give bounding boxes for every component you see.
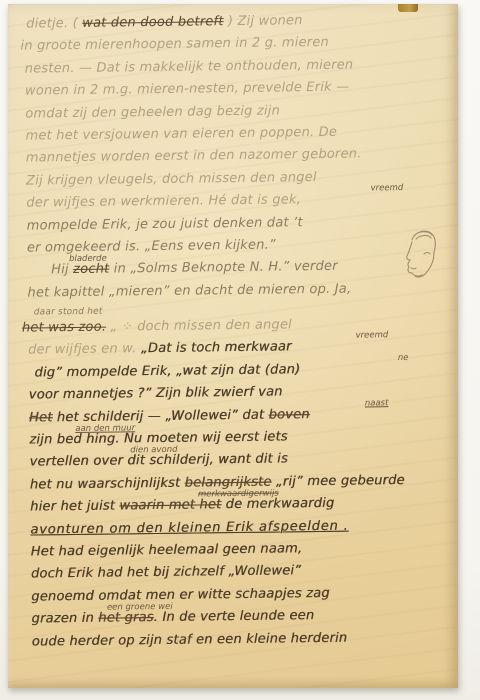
line-text: in „Solms Beknopte N. H.” verder — [109, 259, 338, 277]
manuscript-page: dietje. ( wat den dood betreft ) Zij won… — [8, 4, 458, 688]
interline-insertion: ne — [398, 353, 409, 363]
interline-insertion: bladerde — [69, 254, 107, 264]
line-text: het schilderij — „Wollewei” dat — [52, 407, 268, 425]
line-text: genoemd omdat men er witte schaapjes zag — [31, 586, 330, 605]
line-text: . In de verte leunde een — [154, 608, 315, 625]
struck-text: het was zoo. — [22, 320, 106, 336]
line-text: doch Erik had het bij zichzelf „Wollewei… — [31, 564, 301, 582]
line-text: ) Zij wonen — [223, 13, 302, 29]
line-text: met het versjouwen van eieren en poppen.… — [25, 125, 337, 144]
interline-insertion: merkwaardigerwijs — [198, 489, 279, 500]
handwriting-lines: dietje. ( wat den dood betreft ) Zij won… — [24, 11, 452, 656]
line-text: hier het juist — [30, 499, 119, 515]
struck-text: wat den dood betreft — [82, 14, 224, 31]
line-text: Zij krijgen vleugels, doch missen den an… — [26, 170, 317, 189]
line-text: „Dat is toch merkwaar — [141, 340, 292, 357]
struck-text: waarin met het — [119, 497, 221, 513]
faint-lead-text: der wijfjes en w. — [28, 342, 141, 358]
line-text: Het had eigenlijk heelemaal geen naam, — [31, 541, 303, 559]
line-text: er omgekeerd is. „Eens even kijken.” — [27, 237, 276, 255]
line-text: het nu waarschijnlijkst — [30, 475, 185, 492]
line-text: voor mannetjes ?” Zijn blik zwierf van — [29, 385, 283, 403]
tape-remnant — [398, 4, 418, 12]
interline-insertion: een groene wei — [107, 602, 173, 613]
interline-insertion: dien avond — [130, 445, 177, 456]
line-text: nesten. — Dat is makkelijk te onthouden,… — [25, 57, 354, 76]
line-text: avonturen om den kleinen Erik afspeelden… — [30, 518, 348, 537]
line-text: Hij — [51, 262, 73, 277]
interline-insertion: vreemd — [356, 331, 389, 341]
line-text: omdat zij den geheelen dag bezig zijn — [25, 103, 280, 121]
line-text: der wijfjes en werkmieren. Hé dat is gek… — [26, 192, 301, 210]
line-text: mompelde Erik, je zou juist denken dat ’… — [27, 215, 303, 233]
line-text: dig” mompelde Erik, „wat zijn dat (dan) — [34, 362, 300, 380]
struck-text: Het — [29, 410, 53, 425]
interline-insertion: vreemd — [371, 183, 404, 193]
line-text: mannetjes worden eerst in den nazomer ge… — [26, 147, 362, 166]
line-text: oude herder op zijn staf en een kleine h… — [32, 630, 348, 649]
handwriting-line: oude herder op zijn staf en een kleine h… — [32, 629, 452, 657]
line-text: in groote mierenhoopen samen in 2 g. mie… — [20, 35, 329, 54]
line-text: daar stond het — [34, 307, 103, 318]
line-text: het kapittel „mieren” en dacht de mieren… — [27, 281, 351, 300]
line-text: dietje. ( — [26, 16, 82, 32]
line-text: „ ⁘ doch missen den angel — [106, 317, 292, 334]
struck-text: boven — [268, 407, 309, 423]
line-text: „rij” mee gebeurde — [271, 473, 404, 490]
line-text: grazen in — [31, 611, 98, 627]
line-text: wonen in 2 m.g. mieren-nesten, prevelde … — [25, 80, 350, 99]
interline-insertion: aan den muur — [75, 423, 135, 434]
interline-insertion: naast — [365, 398, 389, 408]
